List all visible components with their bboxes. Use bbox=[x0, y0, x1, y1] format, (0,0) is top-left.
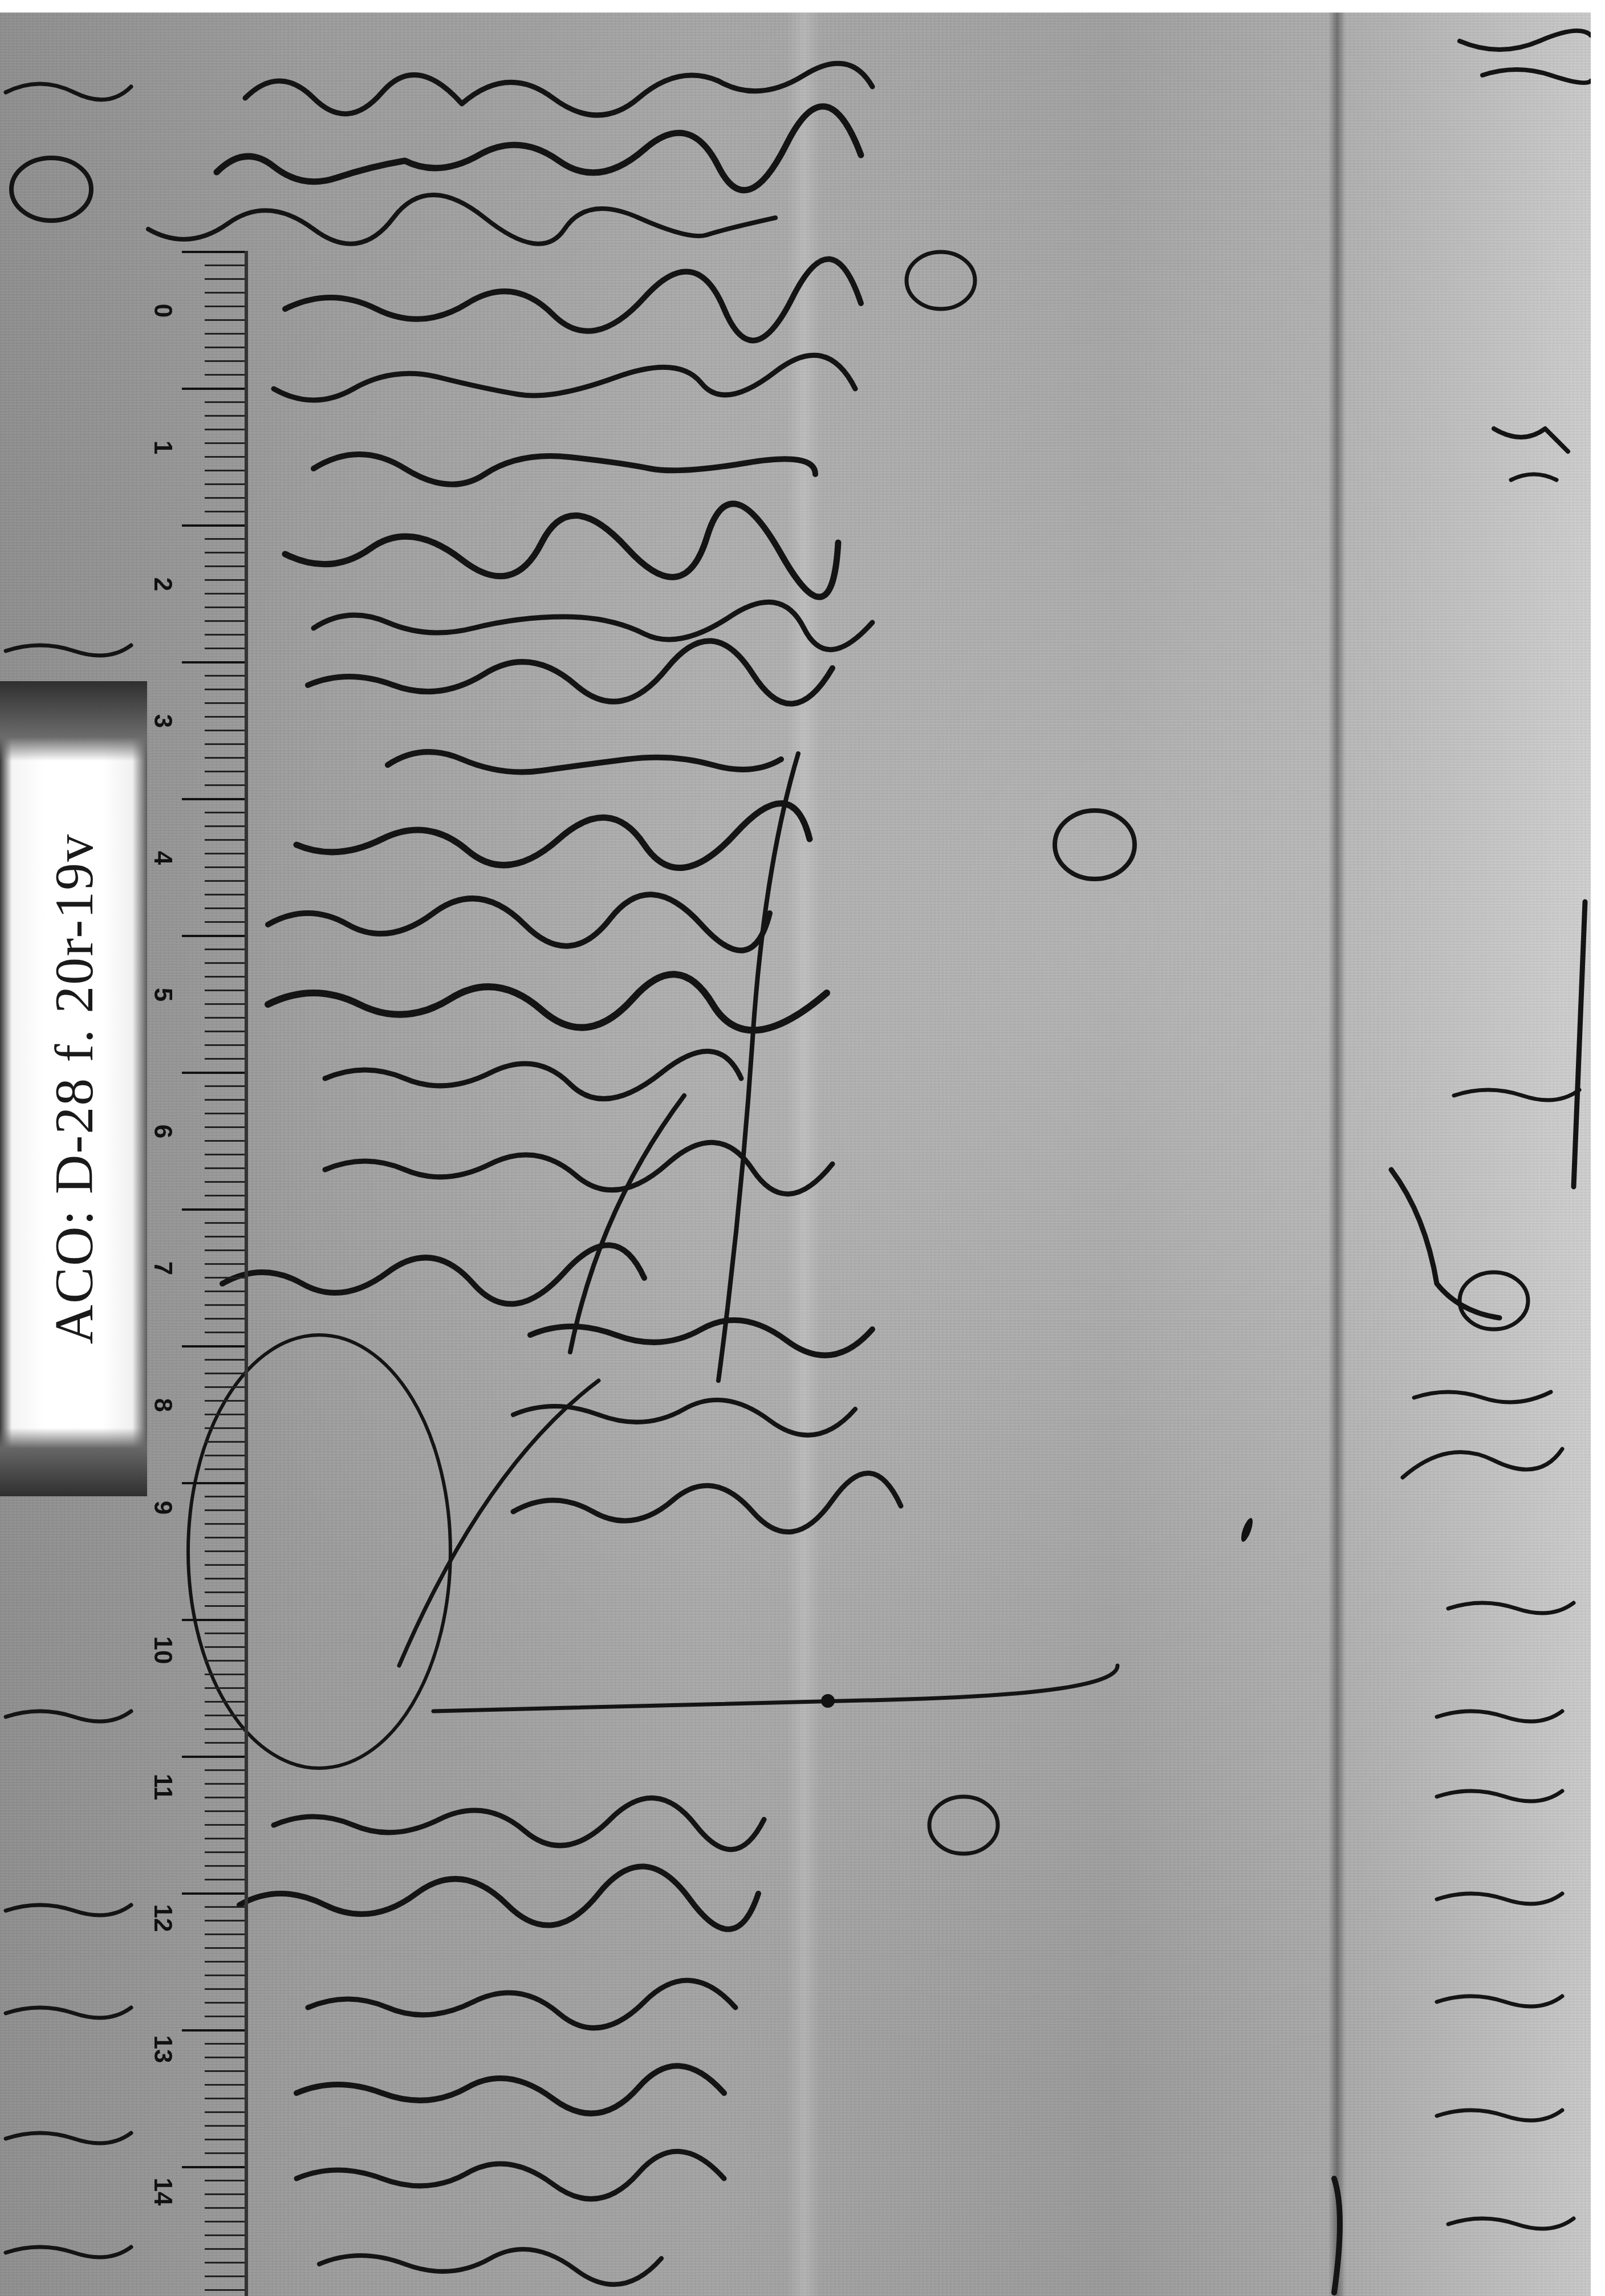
ruler-number-12: 12 bbox=[148, 1895, 177, 1941]
call-number-text: ACO: D-28 f. 20r-19v bbox=[42, 833, 105, 1345]
ruler-number-2: 2 bbox=[148, 561, 177, 607]
ruler-number-10: 10 bbox=[148, 1627, 177, 1673]
ruler-number-11: 11 bbox=[148, 1764, 177, 1810]
ruler-number-9: 9 bbox=[148, 1485, 177, 1530]
label-shadow-top bbox=[0, 681, 147, 761]
ruler-number-1: 1 bbox=[148, 425, 177, 470]
ruler-number-3: 3 bbox=[148, 698, 177, 744]
ruler-number-0: 0 bbox=[148, 288, 177, 333]
ruler-number-14: 14 bbox=[148, 2169, 177, 2214]
ruler-ticks-cm bbox=[182, 251, 245, 2296]
ruler-number-7: 7 bbox=[148, 1245, 177, 1291]
ruler-number-5: 5 bbox=[148, 972, 177, 1017]
ruler-edge bbox=[245, 251, 248, 2296]
ruler-number-13: 13 bbox=[148, 2026, 177, 2072]
ruler-number-6: 6 bbox=[148, 1109, 177, 1154]
ruler-number-4: 4 bbox=[148, 835, 177, 881]
archive-call-number-label: ACO: D-28 f. 20r-19v bbox=[0, 681, 147, 1496]
ink-dot bbox=[821, 1694, 835, 1708]
label-shadow-bottom bbox=[0, 1428, 147, 1496]
ruler-number-8: 8 bbox=[148, 1382, 177, 1428]
